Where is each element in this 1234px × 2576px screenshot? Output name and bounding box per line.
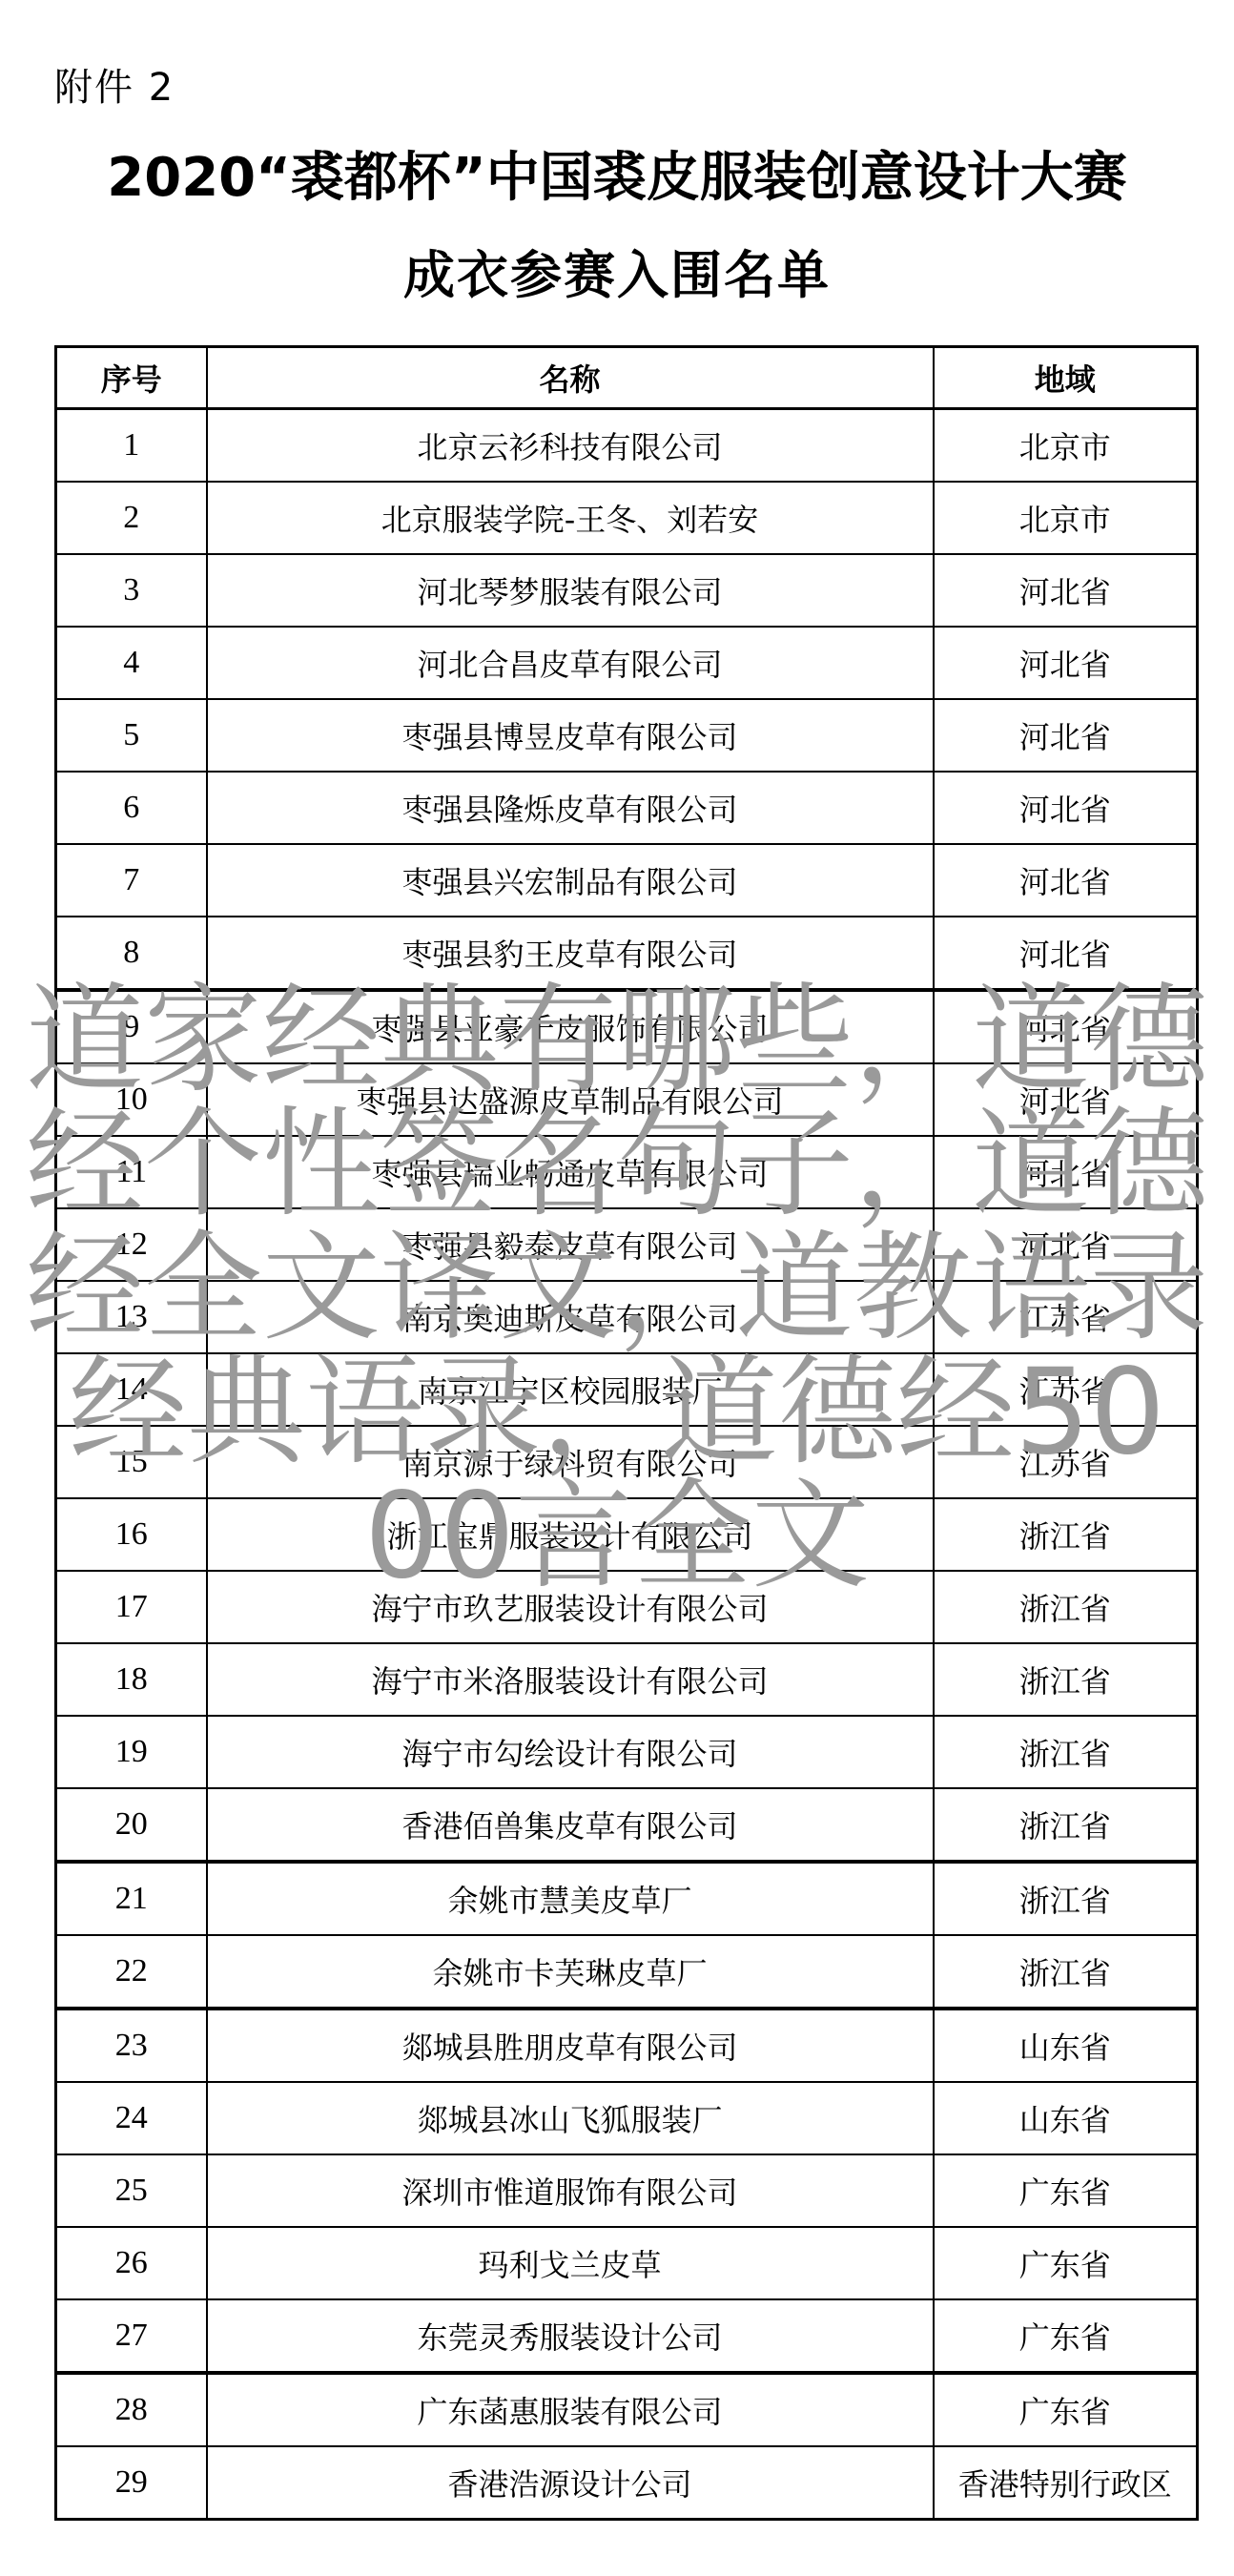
table-row: 11枣强县瑞业畅通皮草有限公司河北省	[56, 1136, 1198, 1208]
table-row: 6枣强县隆烁皮草有限公司河北省	[56, 772, 1198, 844]
table-row: 14南京江宁区校园服装厂江苏省	[56, 1353, 1198, 1426]
cell-name: 玛利戈兰皮草	[207, 2227, 934, 2299]
table-header-row: 序号 名称 地域	[56, 347, 1198, 409]
cell-num: 24	[56, 2082, 207, 2154]
cell-num: 18	[56, 1643, 207, 1716]
table-row: 15南京源于绿科贸有限公司江苏省	[56, 1426, 1198, 1498]
cell-name: 海宁市玖艺服装设计有限公司	[207, 1571, 934, 1643]
cell-num: 15	[56, 1426, 207, 1498]
cell-region: 浙江省	[934, 1716, 1198, 1788]
cell-num: 11	[56, 1136, 207, 1208]
table-row: 20香港佰兽集皮草有限公司浙江省	[56, 1788, 1198, 1862]
cell-region: 浙江省	[934, 1498, 1198, 1571]
table-row: 22余姚市卡芙琳皮草厂浙江省	[56, 1935, 1198, 2009]
cell-region: 广东省	[934, 2373, 1198, 2446]
cell-name: 余姚市慧美皮草厂	[207, 1862, 934, 1935]
cell-num: 20	[56, 1788, 207, 1862]
document-subtitle: 成衣参赛入围名单	[0, 235, 1234, 308]
cell-region: 河北省	[934, 990, 1198, 1063]
cell-num: 13	[56, 1281, 207, 1353]
cell-num: 14	[56, 1353, 207, 1426]
document-title: 2020“裘都杯”中国裘皮服装创意设计大赛	[0, 135, 1234, 212]
cell-region: 山东省	[934, 2009, 1198, 2082]
table-row: 4河北合昌皮草有限公司河北省	[56, 627, 1198, 699]
cell-name: 深圳市惟道服饰有限公司	[207, 2154, 934, 2227]
cell-name: 东莞灵秀服装设计公司	[207, 2299, 934, 2373]
cell-name: 河北琴梦服装有限公司	[207, 554, 934, 627]
table-row: 3河北琴梦服装有限公司河北省	[56, 554, 1198, 627]
cell-num: 16	[56, 1498, 207, 1571]
cell-num: 21	[56, 1862, 207, 1935]
cell-region: 浙江省	[934, 1862, 1198, 1935]
cell-name: 枣强县毅泰皮草有限公司	[207, 1208, 934, 1281]
cell-region: 浙江省	[934, 1571, 1198, 1643]
cell-region: 广东省	[934, 2154, 1198, 2227]
table-row: 26玛利戈兰皮草广东省	[56, 2227, 1198, 2299]
cell-name: 郯城县胜朋皮草有限公司	[207, 2009, 934, 2082]
table-row: 28广东菡惠服装有限公司广东省	[56, 2373, 1198, 2446]
cell-name: 南京源于绿科贸有限公司	[207, 1426, 934, 1498]
cell-region: 河北省	[934, 772, 1198, 844]
cell-region: 香港特别行政区	[934, 2446, 1198, 2520]
table-row: 9枣强县亚豪千皮服饰有限公司河北省	[56, 990, 1198, 1063]
cell-name: 枣强县隆烁皮草有限公司	[207, 772, 934, 844]
table-row: 10枣强县达盛源皮草制品有限公司河北省	[56, 1063, 1198, 1136]
table-row: 1北京云衫科技有限公司北京市	[56, 409, 1198, 483]
table-row: 8枣强县豹王皮草有限公司河北省	[56, 917, 1198, 990]
cell-region: 河北省	[934, 1063, 1198, 1136]
cell-name: 枣强县豹王皮草有限公司	[207, 917, 934, 990]
cell-region: 山东省	[934, 2082, 1198, 2154]
col-header-name: 名称	[207, 347, 934, 409]
cell-region: 河北省	[934, 554, 1198, 627]
cell-region: 北京市	[934, 409, 1198, 483]
cell-region: 河北省	[934, 917, 1198, 990]
cell-name: 枣强县达盛源皮草制品有限公司	[207, 1063, 934, 1136]
cell-region: 河北省	[934, 699, 1198, 772]
cell-region: 广东省	[934, 2299, 1198, 2373]
cell-name: 香港浩源设计公司	[207, 2446, 934, 2520]
cell-num: 10	[56, 1063, 207, 1136]
cell-num: 4	[56, 627, 207, 699]
cell-name: 枣强县博昱皮草有限公司	[207, 699, 934, 772]
col-header-region: 地域	[934, 347, 1198, 409]
table-row: 5枣强县博昱皮草有限公司河北省	[56, 699, 1198, 772]
cell-region: 江苏省	[934, 1353, 1198, 1426]
cell-region: 河北省	[934, 844, 1198, 917]
cell-num: 6	[56, 772, 207, 844]
cell-num: 19	[56, 1716, 207, 1788]
cell-num: 28	[56, 2373, 207, 2446]
table-row: 21余姚市慧美皮草厂浙江省	[56, 1862, 1198, 1935]
cell-num: 29	[56, 2446, 207, 2520]
cell-num: 12	[56, 1208, 207, 1281]
cell-region: 浙江省	[934, 1643, 1198, 1716]
cell-num: 23	[56, 2009, 207, 2082]
cell-name: 河北合昌皮草有限公司	[207, 627, 934, 699]
cell-region: 河北省	[934, 627, 1198, 699]
table-row: 25深圳市惟道服饰有限公司广东省	[56, 2154, 1198, 2227]
table-row: 13南京奥迪斯皮草有限公司江苏省	[56, 1281, 1198, 1353]
cell-name: 枣强县兴宏制品有限公司	[207, 844, 934, 917]
cell-num: 3	[56, 554, 207, 627]
cell-name: 枣强县瑞业畅通皮草有限公司	[207, 1136, 934, 1208]
cell-name: 枣强县亚豪千皮服饰有限公司	[207, 990, 934, 1063]
cell-num: 17	[56, 1571, 207, 1643]
table-row: 2北京服装学院-王冬、刘若安北京市	[56, 482, 1198, 554]
cell-num: 26	[56, 2227, 207, 2299]
cell-num: 5	[56, 699, 207, 772]
document-page: 附件 2 2020“裘都杯”中国裘皮服装创意设计大赛 成衣参赛入围名单 序号 名…	[0, 0, 1234, 2576]
table-row: 24郯城县冰山飞狐服装厂山东省	[56, 2082, 1198, 2154]
cell-name: 广东菡惠服装有限公司	[207, 2373, 934, 2446]
cell-num: 25	[56, 2154, 207, 2227]
cell-region: 江苏省	[934, 1426, 1198, 1498]
table-row: 17海宁市玖艺服装设计有限公司浙江省	[56, 1571, 1198, 1643]
cell-name: 南京奥迪斯皮草有限公司	[207, 1281, 934, 1353]
cell-num: 9	[56, 990, 207, 1063]
table-row: 29香港浩源设计公司香港特别行政区	[56, 2446, 1198, 2520]
cell-region: 河北省	[934, 1208, 1198, 1281]
cell-name: 郯城县冰山飞狐服装厂	[207, 2082, 934, 2154]
table-row: 23郯城县胜朋皮草有限公司山东省	[56, 2009, 1198, 2082]
cell-name: 南京江宁区校园服装厂	[207, 1353, 934, 1426]
cell-name: 海宁市勾绘设计有限公司	[207, 1716, 934, 1788]
col-header-index: 序号	[56, 347, 207, 409]
table-row: 19海宁市勾绘设计有限公司浙江省	[56, 1716, 1198, 1788]
cell-name: 余姚市卡芙琳皮草厂	[207, 1935, 934, 2009]
cell-region: 江苏省	[934, 1281, 1198, 1353]
cell-region: 广东省	[934, 2227, 1198, 2299]
cell-name: 浙江宝鼎服装设计有限公司	[207, 1498, 934, 1571]
table-body: 1北京云衫科技有限公司北京市2北京服装学院-王冬、刘若安北京市3河北琴梦服装有限…	[56, 409, 1198, 2520]
table-row: 16浙江宝鼎服装设计有限公司浙江省	[56, 1498, 1198, 1571]
cell-num: 2	[56, 482, 207, 554]
cell-num: 1	[56, 409, 207, 483]
table-row: 7枣强县兴宏制品有限公司河北省	[56, 844, 1198, 917]
table-row: 18海宁市米洛服装设计有限公司浙江省	[56, 1643, 1198, 1716]
cell-name: 北京服装学院-王冬、刘若安	[207, 482, 934, 554]
entry-table: 序号 名称 地域 1北京云衫科技有限公司北京市2北京服装学院-王冬、刘若安北京市…	[54, 345, 1199, 2521]
cell-num: 8	[56, 917, 207, 990]
cell-num: 7	[56, 844, 207, 917]
cell-name: 北京云衫科技有限公司	[207, 409, 934, 483]
cell-name: 海宁市米洛服装设计有限公司	[207, 1643, 934, 1716]
cell-region: 浙江省	[934, 1935, 1198, 2009]
cell-num: 22	[56, 1935, 207, 2009]
table-row: 12枣强县毅泰皮草有限公司河北省	[56, 1208, 1198, 1281]
table-row: 27东莞灵秀服装设计公司广东省	[56, 2299, 1198, 2373]
cell-region: 河北省	[934, 1136, 1198, 1208]
cell-region: 北京市	[934, 482, 1198, 554]
cell-num: 27	[56, 2299, 207, 2373]
annex-label: 附件 2	[54, 57, 175, 112]
cell-region: 浙江省	[934, 1788, 1198, 1862]
cell-name: 香港佰兽集皮草有限公司	[207, 1788, 934, 1862]
